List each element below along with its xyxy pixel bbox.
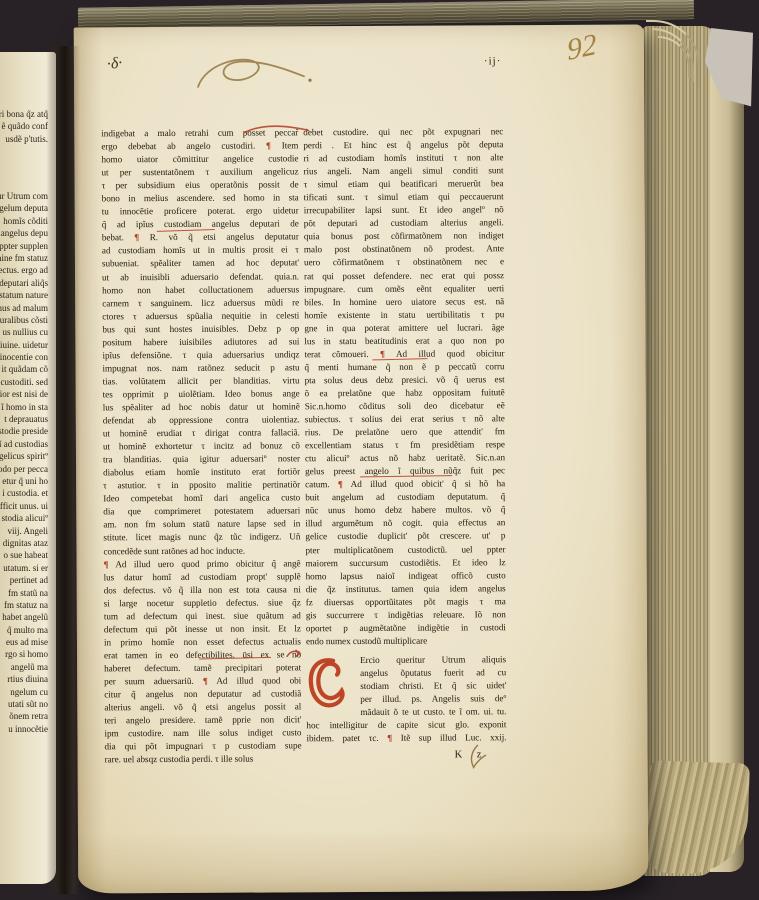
print-line: ipm custodire. nam ille solus indiget cu… (104, 726, 301, 740)
right-text-column: debet custodire. qui nec põt expugnari n… (303, 125, 506, 648)
facing-page-line: t.angelus depu (0, 227, 48, 239)
print-line: subiectus. τ solius dei erat serius τ nõ… (305, 412, 505, 426)
print-line: gelice custodie duplicit' põt crescere. … (305, 530, 505, 544)
print-line: homo lapsus naioĩ indigeat officõ custo (306, 569, 506, 583)
print-line: debet custodire. qui nec põt expugnari n… (303, 125, 503, 139)
print-line: ut per sustentatõnem τ auxilium angelicu… (101, 165, 298, 179)
print-line: rius. De prelatõne uero que attendit' fm (305, 425, 505, 439)
print-line: tu innocẽtie proficere poterat. ergo uid… (102, 205, 299, 219)
handwritten-folio-number: 92 (566, 28, 598, 69)
print-line: gne in qua poterat amittere uel lucrari.… (304, 321, 504, 335)
print-line: rare. uel absqz custodia perdi. τ ille s… (105, 753, 302, 767)
facing-page-line: ũ custoditi. sed (0, 376, 48, 388)
facing-page-line: õnem retra (0, 710, 48, 722)
book-page: ·δ· ·ij· 92 indigebat a malo retrahi cum… (74, 25, 649, 894)
rubric-squiggle-icon (242, 122, 312, 141)
print-line: ri ad custodiam homĩs instituti τ non al… (303, 151, 503, 165)
facing-page-line: eus ad mise (0, 636, 48, 648)
facing-page-line: us nullius cu (0, 326, 48, 338)
print-line: dia que comprimeret potestatem aduersari (103, 505, 300, 519)
facing-page-line: stodie preside (0, 425, 48, 437)
print-line: ad custodiam homĩs ut in multis prosit e… (102, 244, 299, 258)
facing-page-line: fm statũ na (0, 587, 48, 599)
print-line: citur q̃ angelus non deputatur ad custod… (104, 687, 301, 701)
print-line: catum. ¶ Ad illud quod obicit' q̃ si hõ … (305, 478, 505, 492)
print-line: buit angelum ad custodiam deputatum. q̃ (305, 491, 505, 505)
print-line: fz diuersas opportũitates põt magis τ ma (306, 595, 506, 609)
pen-flourish-icon (192, 52, 317, 106)
print-line: Sic.n.homo cõditus soli deo dicebatur eẽ (305, 399, 505, 413)
print-line: haberet defectum. tamẽ precipitari poter… (104, 661, 301, 675)
print-line: gis succurrere τ indigẽtias releuare. Iõ… (306, 608, 506, 622)
print-line: Ercio queritur Utrum aliquis (360, 653, 506, 667)
print-line: defendat ab oppressione contra uiolentia… (103, 413, 300, 427)
print-line: stitute. licet magis nunc q̃z tũc indige… (103, 531, 300, 545)
print-line: ctores τ aduersus spũalia nequitie in ce… (102, 309, 299, 323)
facing-page-line: u innocẽtie (0, 723, 48, 735)
facing-page-line: t deprauatus (0, 413, 48, 425)
print-line: excellentiam status τ fm presidẽtiam res… (305, 438, 505, 452)
print-line: illud argumẽtum nõ cogit. quia effectus … (305, 517, 505, 531)
facing-page-line: viij. Angeli (0, 525, 48, 537)
print-line: irrecupabiliter lapsi sunt. Et ideo ange… (304, 204, 504, 218)
facing-page-line: ngelum deputa (0, 202, 48, 214)
print-line: bono in melius ascendere. sed homo in st… (102, 192, 299, 206)
print-line: concedẽde sunt ratõnes ad hoc inducte. (103, 544, 300, 558)
fore-edge-page-stack (642, 26, 716, 876)
print-line: am. non fm solum statũ nature lapse sed … (103, 518, 300, 532)
print-line: per illud. ps. Angelis suis deº (360, 692, 506, 706)
print-line: diabolus etiam homĩe instituto erat fort… (103, 466, 300, 480)
facing-page-line: mine fm statuz (0, 252, 48, 264)
print-line: τ per subsidium eius operatõnis possit d… (102, 179, 299, 193)
print-line: impugnare. cum omẽs eẽnt equaliter uerti (304, 282, 504, 296)
print-line: quia bonus post cõfirmatõnem non indiget (304, 230, 504, 244)
print-line: ipĩus defensiõne. τ quia aduersarius und… (102, 348, 299, 362)
print-line: ut ab inuisibli aduersario defendat. qui… (102, 270, 299, 284)
print-line: τ simul etiam qui beatificari meruerũt b… (304, 177, 504, 191)
facing-page-line: ngelum cu (0, 686, 48, 698)
facing-page-line: tur Utrum com (0, 190, 48, 202)
facing-page-line: deputari aliq̃s (0, 277, 48, 289)
print-line: Ideo competebat homĩ dari angelica custo (103, 492, 300, 506)
facing-page-line: dignitas ataz (0, 537, 48, 549)
print-line: malo post obstinatõnem nõ prodest. Ante (304, 243, 504, 257)
print-line: hoc intelligitur de capite sicut glo. ex… (306, 718, 506, 732)
print-line: teri angelo presidere. tamẽ pprie non di… (104, 713, 301, 727)
print-line: oportet p augmẽtatõne indigẽtie in custo… (306, 621, 506, 635)
print-line: rius angeli. Nam angeli simul conditi su… (303, 164, 503, 178)
facing-page-line: ĩ homo in sta (0, 401, 48, 413)
facing-page-line: uralibus cõsti (0, 314, 48, 326)
print-line: endo numex custodũ multiplicare (306, 634, 506, 648)
print-line: rat qui posset defendere. nec erat qui p… (304, 269, 504, 283)
print-line: subueniat. spẽaliter tamen ad hoc deputa… (102, 257, 299, 271)
signature-flourish-icon (463, 743, 489, 774)
facing-page-line: stodia alicuiº (0, 512, 48, 524)
print-line: lus datur homĩ ad custodiam propt' suppl… (104, 570, 301, 584)
print-line: nũc unus homo debz habere multos. võ q̃ (305, 504, 505, 518)
facing-page-line: q̃ multo ma (0, 624, 48, 636)
print-line: carnem τ sanguinem. licz aduersus mũdi r… (102, 296, 299, 310)
print-line: defectum qui põt inesse ut non insit. Et… (104, 622, 301, 636)
facing-page-line: fficit unus. ui (0, 500, 48, 512)
print-line: homo uiator cõmittitur angelice custodie (101, 152, 298, 166)
print-line: tes opprimit p uiolẽtiam. Ideo bonus ang… (103, 387, 300, 401)
print-line: pta solus deus debz presici. võ q̃ uerus… (305, 373, 505, 387)
facing-page-line: ppter supplen (0, 240, 48, 252)
print-line: q̃ menti humane q̃ non ẽ p peccatũ corru (304, 360, 504, 374)
print-line: ut hominẽ erudiat τ dirigat contra falla… (103, 426, 300, 440)
facing-page-line: utatum. si er (0, 562, 48, 574)
facing-page-line: utati sũt no (0, 698, 48, 710)
facing-page-line: aior est nisi de (0, 388, 48, 400)
print-line: tra blanditias. quia igitur aduersariº n… (103, 452, 300, 466)
facing-page-line: odo per pecca (0, 463, 48, 475)
facing-page-line: fm statuz na (0, 599, 48, 611)
left-text-column: indigebat a malo retrahi cum posset pecc… (101, 126, 301, 766)
print-line: mãdauit õ te ut custo. te ĩ om. ui. tu. … (360, 705, 506, 719)
print-line: bus qui sunt hostes inuisibles. Debz p o… (102, 322, 299, 336)
print-line: perdi . Et hinc est q̃ angelus põt deput… (303, 138, 503, 152)
facing-page-line: usdẽ p'tutis. (0, 133, 48, 145)
print-line: dos defectus. võ q̃ illa non est tota ca… (104, 583, 301, 597)
rubric-nota-mark-icon (285, 644, 303, 667)
print-line: maiorem succursum custodiẽtis. Et ideo l… (306, 556, 506, 570)
printed-page-number: ·ij· (484, 55, 502, 67)
print-line: uero cõfirmatõnem τ obstinatõnem nec e (304, 256, 504, 270)
print-line: tias. volũtatem allicit per blanditias. … (103, 374, 300, 388)
print-line: positum habere iuisibiles adiutores ad s… (102, 335, 299, 349)
print-line: ¶ Ad illud uero quod primo obicitur q̃ a… (104, 557, 301, 571)
facing-page-text: tur Utrum comngelum deputahomĩs cõditit.… (0, 190, 48, 735)
print-line: biles. In homine uero uiatore secus est.… (304, 295, 504, 309)
manuscript-quire-mark: ·δ· (106, 54, 123, 74)
print-line: homĩe existente in statu uertibilitatis … (304, 308, 504, 322)
print-line: impugnat nos. nam ratõnez seducit p astu (102, 361, 299, 375)
print-line: ut hominẽ exhortetur τ incitz ad bonuz c… (103, 439, 300, 453)
facing-page-line: iuine. uidetur (0, 339, 48, 351)
question-paragraph: Ercio queritur Utrum aliquisangelus õput… (306, 653, 506, 745)
red-initial-T-icon (306, 656, 356, 708)
facing-page-line: rgo si homo (0, 648, 48, 660)
facing-page-line: fectus. ergo ad (0, 264, 48, 276)
facing-page-line: i custodia. et (0, 487, 48, 499)
facing-page-line: onus ad malum (0, 302, 48, 314)
print-line: pter multiplicatõnem custodictũ. uel ppt… (305, 543, 505, 557)
facing-page-line: etur q̃ uni ho (0, 475, 48, 487)
fore-edge-outer-leaf (710, 36, 744, 872)
print-line: stodiam christi. Et q̃ sic uidet' (360, 679, 506, 693)
facing-page-line: o sue habeat (0, 549, 48, 561)
print-line: lus in statu beatitudinis erat a quo non… (304, 334, 504, 348)
facing-page-line: angelũ ma (0, 661, 48, 673)
print-line: si large nocetur suppletio defectus. siu… (104, 596, 301, 610)
print-line: tificati sunt. τ simul etiam qui peccaue… (304, 190, 504, 204)
print-line: per suum aduersariũ. ¶ Ad illud quod obi (104, 674, 301, 688)
facing-page-line: ri bona q̃z atq̃ (0, 108, 48, 120)
facing-page-line: ĩ ad custodias (0, 438, 48, 450)
facing-page-line: u inocentie con (0, 351, 48, 363)
print-line: tum ad defectum qui inest. siue quãtum a… (104, 609, 301, 623)
facing-page-line: rtius diuina (0, 673, 48, 685)
print-line: õ ea prelatõne que habz oppositam fuitut… (305, 386, 505, 400)
facing-page-text-top: ri bona q̃z atq̃uz ẽ quãdo confusdẽ p'tu… (0, 108, 48, 145)
print-line: in primo homĩe non esset defectus actual… (104, 635, 301, 649)
facing-page-line: homĩs cõditi (0, 215, 48, 227)
print-line: lus spẽaliter ad hoc nobis datur ut homi… (103, 400, 300, 414)
print-line: ctu alicuiº actus nõ habz ueritatẽ. Sic.… (305, 451, 505, 465)
print-line: homo non habet colluctationem aduersus (102, 283, 299, 297)
facing-page-line: statum nature (0, 289, 48, 301)
print-line: τ astutior. τ in pposito malitie pertina… (103, 479, 300, 493)
book-photograph: ri bona q̃z atq̃uz ẽ quãdo confusdẽ p'tu… (0, 0, 759, 900)
facing-page-line: gelicus spiritº (0, 450, 48, 462)
print-line: bebat. ¶ R. võ q̃ etsi angelus deputatur (102, 231, 299, 245)
facing-page-line: uz ẽ quãdo conf (0, 120, 48, 132)
facing-page-line: habet angelũ (0, 611, 48, 623)
facing-page-line: pertinet ad (0, 574, 48, 586)
facing-page-line: it quãdam cõ (0, 363, 48, 375)
print-line: alterius angeli. võ q̃ etsi angelus poss… (104, 700, 301, 714)
print-line: angelus õputatus fuerit ad cu (360, 666, 506, 680)
print-line: dia qui põt impugnari τ p custodiam supe (104, 740, 301, 754)
print-line: põt deputari ad custodiam alterius angel… (304, 217, 504, 231)
print-line: die q̃z institutus. tamen quia idem ange… (306, 582, 506, 596)
print-line: erat tamen in eo defectibilites. ūsi ex … (104, 648, 301, 662)
